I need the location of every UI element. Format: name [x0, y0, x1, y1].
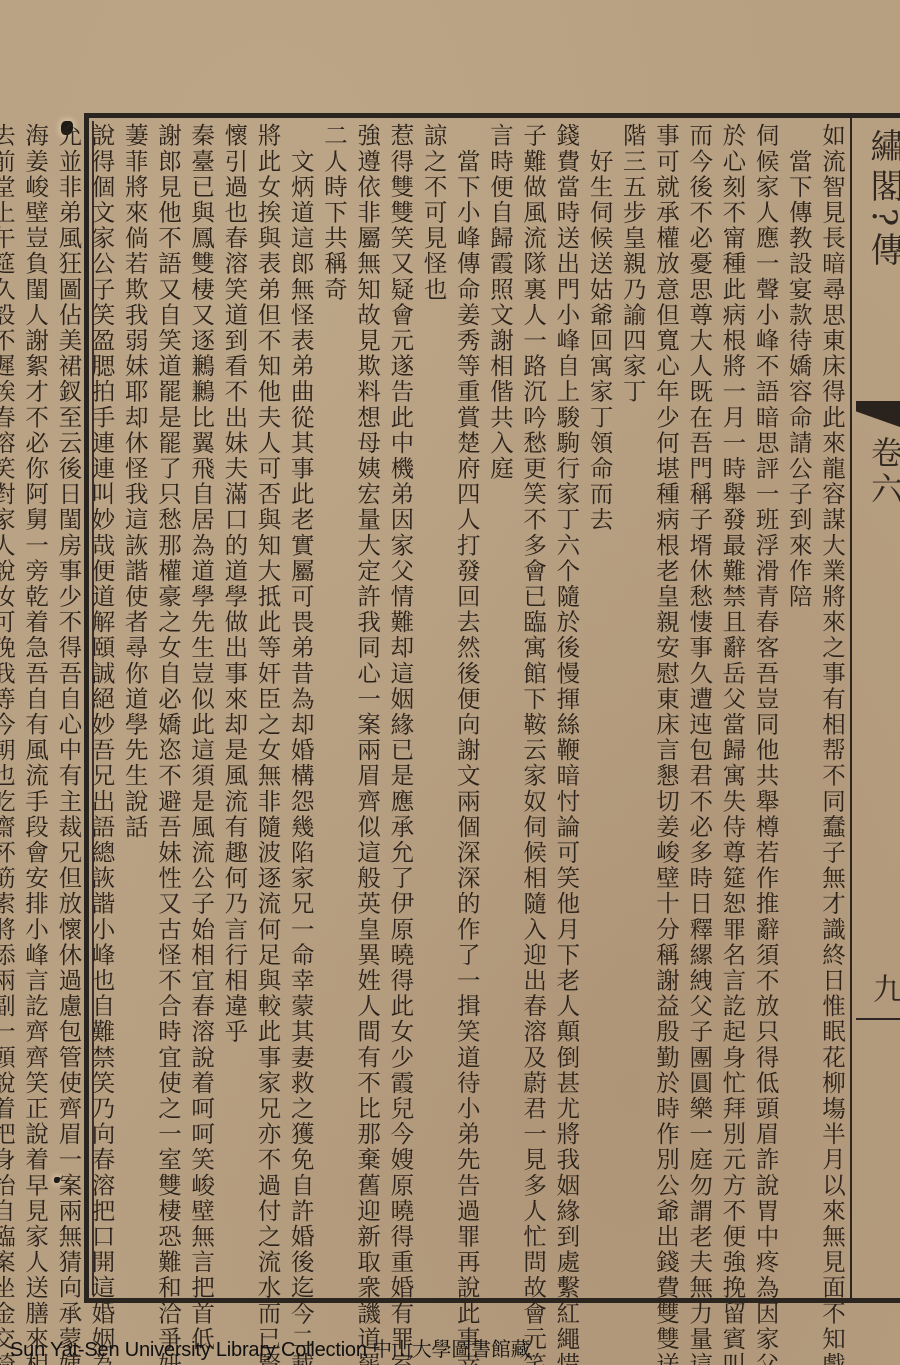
text-column: 子難做風流隊裏人一路沉吟愁更笑不多會已臨寓館下鞍云家奴伺候相隨入迎出春溶及蔚君一…: [516, 123, 549, 1299]
fishtail-mark-icon: [856, 401, 900, 427]
text-column: 伺候家人應一聲小峰不語暗思評一班浮滑青春客吾豈同他共舉樽若作推辭須不放只得低頭眉…: [748, 123, 781, 1299]
text-column: 去前堂上午筵久設不遲挨春溶笑對家人說汝可晚我等今朝也吃齋杯筯索將添兩副一頭說着把…: [0, 123, 18, 1299]
text-column: 階三五步皇親乃諭四家丁: [616, 123, 649, 1299]
text-column: 謝郎見他不語又自笑道罷是罷了只愁那權豪之女自必嬌恣不避吾妹性又古怪不合時宜使之一…: [151, 123, 184, 1299]
text-column: 強遵依非屬無知故見欺料想母姨宏量大定許我同心一案兩眉齊似這般英皇異姓人間有不比那…: [350, 123, 383, 1299]
text-column: 文炳道這郎無怪表弟曲從其事此老實屬可畏弟昔為却婚構怨幾陷家兄一命幸蒙其妻救之獲免…: [284, 123, 317, 1299]
text-column: 秦臺已與鳳雙棲又逐鶼鶼比翼飛自居為道學先生豈似此這須是風流公子始相宜春溶說着呵呵…: [184, 123, 217, 1299]
library-collection-caption: Sun Yat-Sen University Library Collectio…: [10, 1333, 531, 1362]
text-column: 說得個文家公子笑盈腮拍手連連叫妙哉便道解頤誠絕妙吾兄出語總詼諧小峰也自難禁笑乃向…: [84, 123, 117, 1299]
text-column: 允並非弟風狂圖佔美裙釵至云後日閨房事少不得吾自心中有主裁兄但放懷休過慮包管使齊眉…: [51, 123, 84, 1299]
text-column: 萋菲將來倘若欺我弱妹耶却休怪我這詼諧使者尋你道學先生說話: [118, 123, 151, 1299]
text-column: 諒之不可見怪也: [416, 123, 449, 1299]
book-title: 繡閣?傳: [860, 128, 900, 272]
text-column: 事可就承權放意但寬心年少何堪種病根老皇親安慰東床言懇切姜峻壁十分稱謝益殷勤於時作…: [649, 123, 682, 1299]
text-column: 懷引過也春溶笑道到看不出妹夫滿口的道學做出事來却是風流有趣何乃言行相違乎: [217, 123, 250, 1299]
volume-label: 卷六: [862, 436, 900, 508]
text-column: 當下小峰傳命姜秀等重賞楚府四人打發回去然後便向謝文兩個深深的作了一揖笑道待小弟先…: [450, 123, 483, 1299]
text-column: 而今後不必憂思尊大人既在吾門稱子壻休愁悽事久遭迍包君不必多時日釋縲絏父子團圓樂一…: [682, 123, 715, 1299]
text-column: 好生伺候送姑爺回寓家丁領命而去: [582, 123, 615, 1299]
banxin-divider-line: [850, 118, 852, 1298]
text-column: 海姜峻壁豈負閨人謝絮才不必你阿舅一旁乾着急吾自有風流手段會安排小峰言訖齊齊笑正說…: [18, 123, 51, 1299]
text-column: 二人時下共稱奇: [317, 123, 350, 1299]
text-column: 惹得雙雙笑又疑會元遂告此中機弟因家父情難却這姻緣已是應承允了伊原曉得此女少霞兒今…: [383, 123, 416, 1299]
text-column: 將此女挨與表弟但不知他夫人可否與知大抵此等奸臣之女無非隨波逐流何足與較此事家兄亦…: [250, 123, 283, 1299]
text-column: 錢費當時送出門小峰自上駿駒行家丁六个隨於後慢揮絲鞭暗忖論可笑他月下老人顛倒甚尤將…: [549, 123, 582, 1299]
text-column: 於心刻不甯種此病根將一月一時舉發最難禁且辭岳父當歸寓失侍尊筵恕罪名言訖起身忙拜別…: [715, 123, 748, 1299]
text-column: 如流智見長暗尋思東床得此來龍容謀大業將來之事有相帮不同蠢子無才識終日惟眠花柳塲半…: [815, 123, 848, 1299]
main-text-body: 如流智見長暗尋思東床得此來龍容謀大業將來之事有相帮不同蠢子無才識終日惟眠花柳塲半…: [96, 121, 848, 1299]
banxin-rule: [856, 1018, 900, 1020]
text-column: 當下傳教設宴款待嬌容命請公子到來作陪: [782, 123, 815, 1299]
center-margin-banxin: 繡閣?傳 卷六 九: [856, 118, 900, 1298]
page-number: 九: [862, 973, 900, 1003]
text-column: 言時便自歸霞照文謝相偕共入庭: [483, 123, 516, 1299]
